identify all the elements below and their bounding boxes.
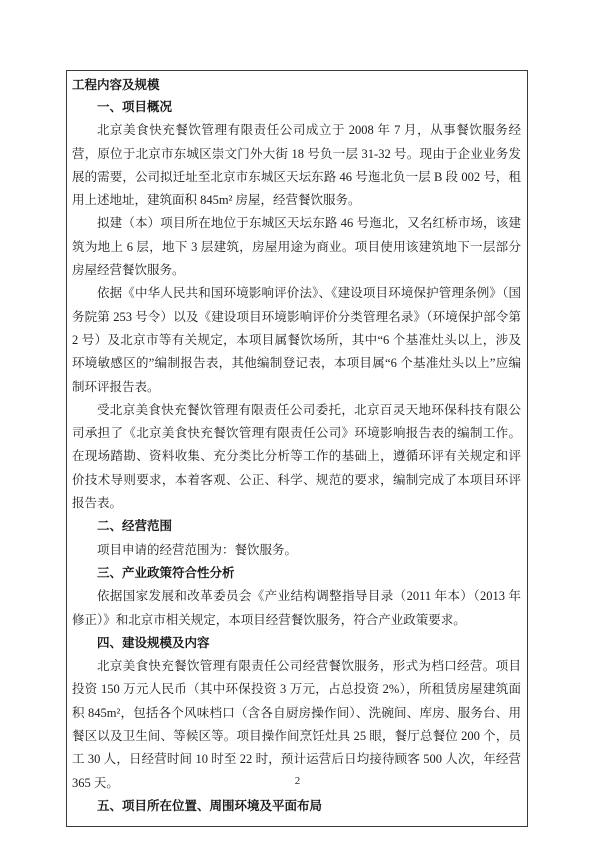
document-page: 工程内容及规模 一、项目概况 北京美食快充餐饮管理有限责任公司成立于 2008 …: [0, 0, 595, 842]
paragraph: 拟建（本）项目所在地位于东城区天坛东路 46 号迤北，又名红桥市场，该建筑为地上…: [72, 212, 521, 282]
page-number: 2: [0, 775, 595, 787]
section-industrial-policy: 三、产业政策符合性分析 依据国家发展和改革委员会《产业结构调整指导目录（2011…: [72, 562, 521, 632]
section-heading-business-scope: 二、经营范围: [72, 515, 521, 538]
paragraph: 北京美食快充餐饮管理有限责任公司成立于 2008 年 7 月，从事餐饮服务经营，…: [72, 119, 521, 212]
section-heading-project-overview: 一、项目概况: [72, 96, 521, 119]
section-heading-location-layout: 五、项目所在位置、周围环境及平面布局: [72, 795, 521, 818]
paragraph: 项目申请的经营范围为：餐饮服务。: [72, 539, 521, 562]
paragraph: 依据《中华人民共和国环境影响评价法》、《建设项目环境保护管理条例》（国务院第 2…: [72, 282, 521, 398]
paragraph: 北京美食快充餐饮管理有限责任公司经营餐饮服务，形式为档口经营。项目投资 150 …: [72, 655, 521, 795]
section-location-layout: 五、项目所在位置、周围环境及平面布局: [72, 795, 521, 818]
section-business-scope: 二、经营范围 项目申请的经营范围为：餐饮服务。: [72, 515, 521, 562]
section-heading-construction-scale: 四、建设规模及内容: [72, 632, 521, 655]
section-project-overview: 一、项目概况 北京美食快充餐饮管理有限责任公司成立于 2008 年 7 月，从事…: [72, 96, 521, 515]
paragraph: 受北京美食快充餐饮管理有限责任公司委托，北京百灵天地环保科技有限公司承担了《北京…: [72, 399, 521, 515]
frame-title: 工程内容及规模: [72, 74, 521, 96]
content-frame: 工程内容及规模 一、项目概况 北京美食快充餐饮管理有限责任公司成立于 2008 …: [66, 70, 528, 827]
paragraph: 依据国家发展和改革委员会《产业结构调整指导目录（2011 年本）（2013 年修…: [72, 585, 521, 632]
section-heading-industrial-policy: 三、产业政策符合性分析: [72, 562, 521, 585]
section-construction-scale: 四、建设规模及内容 北京美食快充餐饮管理有限责任公司经营餐饮服务，形式为档口经营…: [72, 632, 521, 795]
